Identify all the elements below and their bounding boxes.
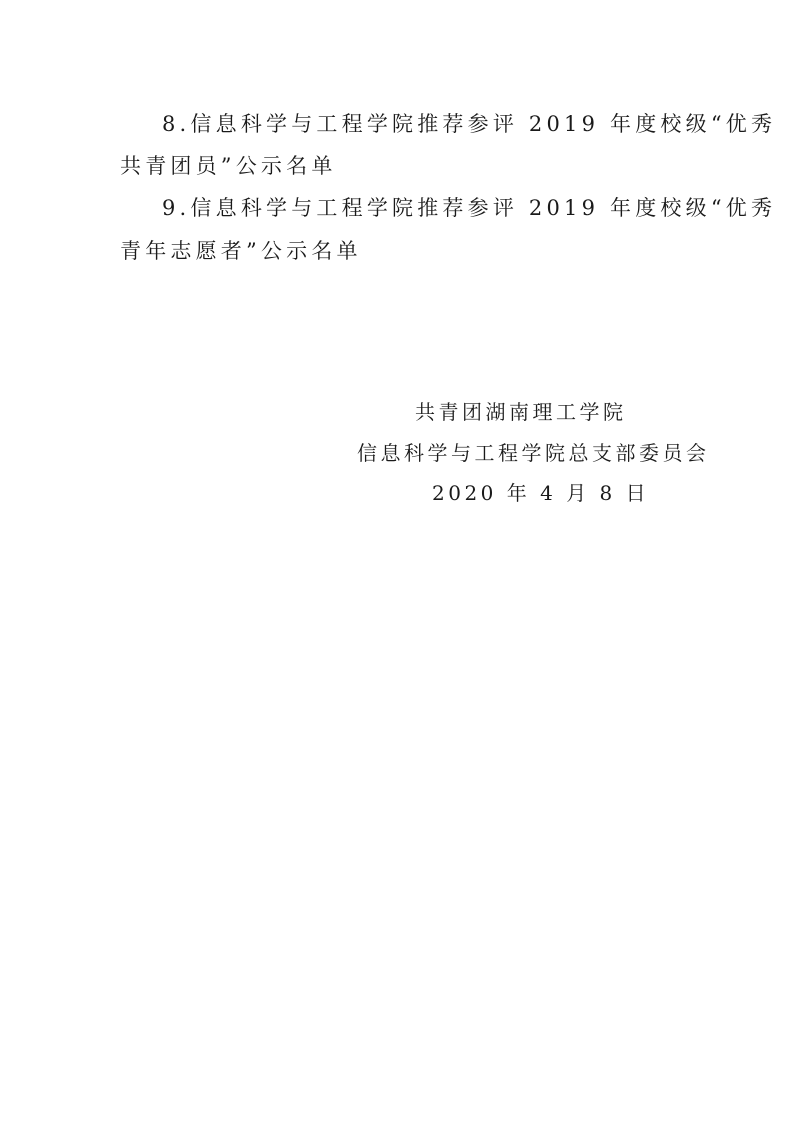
attachment-8-line-1: 8.信息科学与工程学院推荐参评 2019 年度校级“优秀 [162,109,776,139]
attachment-9-line-1: 9.信息科学与工程学院推荐参评 2019 年度校级“优秀 [162,193,776,223]
attachment-8-line-2: 共青团员”公示名单 [120,151,337,181]
attachment-9-line-2: 青年志愿者”公示名单 [120,236,362,266]
signature-committee: 信息科学与工程学院总支部委员会 [357,438,710,468]
signature-date: 2020 年 4 月 8 日 [432,478,649,508]
signature-organization: 共青团湖南理工学院 [415,397,627,427]
